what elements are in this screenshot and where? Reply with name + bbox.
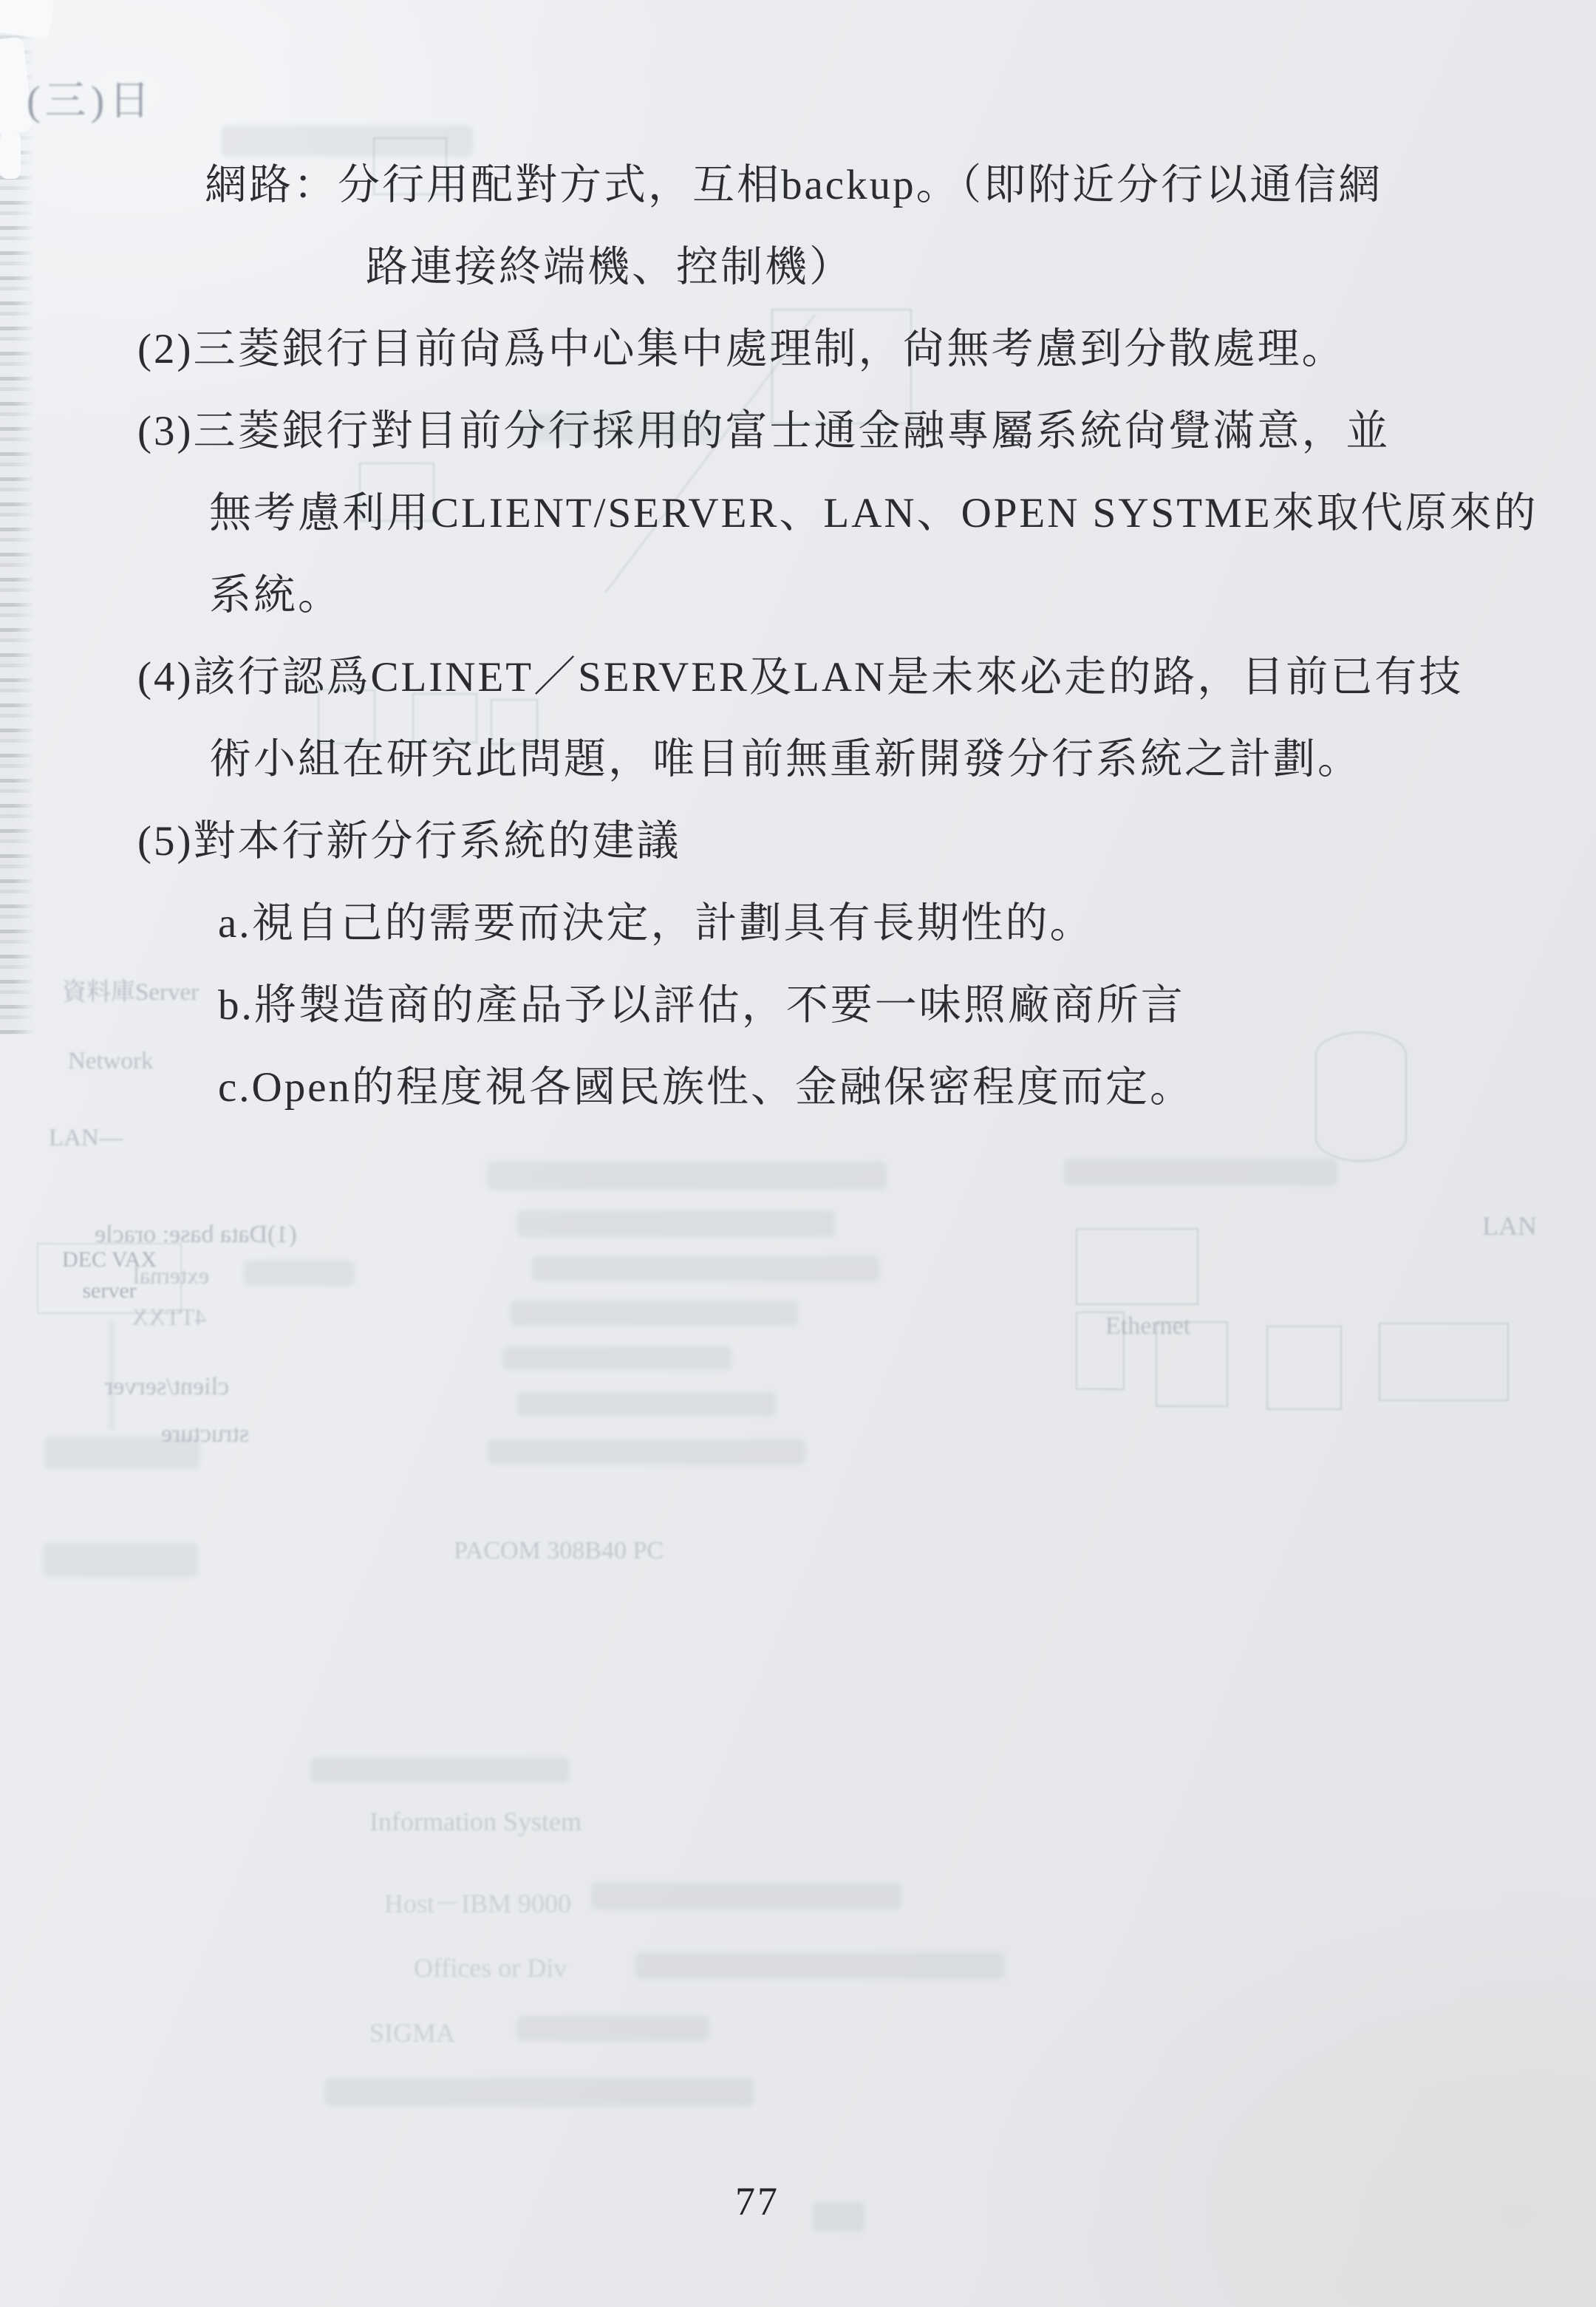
ghost-lan-label-left: LAN— [49, 1125, 123, 1152]
ghost-sigma-word: SIGMA [369, 2017, 455, 2048]
ghost-box [1076, 1228, 1198, 1305]
ghost-smear [488, 1439, 805, 1465]
ghost-ethernet-word: Ethernet [1105, 1312, 1190, 1340]
ghost-client-server-word: client/server [105, 1373, 229, 1401]
document-body: 網路：分行用配對方式，互相backup。（即附近分行以通信網 路連接終端機、控制… [0, 144, 1596, 1128]
ghost-data-base-oracle: (1)Data base: oracle [95, 1221, 297, 1249]
body-line: 網路：分行用配對方式，互相backup。（即附近分行以通信網 [0, 144, 1596, 226]
ghost-smear [502, 1346, 731, 1370]
ghost-smear [43, 1543, 198, 1577]
ghost-smear [1064, 1159, 1337, 1185]
body-line: 系統。 [0, 554, 1596, 636]
body-line: c.Open的程度視各國民族性、金融保密程度而定。 [0, 1046, 1596, 1128]
ghost-smear [488, 1162, 887, 1190]
ghost-smear [635, 1952, 1005, 1979]
ghost-lan-label-right: LAN [1482, 1210, 1537, 1241]
ghost-smear [244, 1261, 355, 1286]
ghost-smear [517, 1210, 835, 1237]
ghost-offices-line: Offices or Div [414, 1952, 567, 1983]
ghost-information-system-line: Information System [369, 1806, 582, 1837]
page-number: 77 [706, 2178, 809, 2224]
ghost-smear [325, 2078, 754, 2106]
ghost-smear [532, 1256, 879, 1281]
ghost-section-header: (三)日 [27, 68, 154, 127]
ghost-smear [517, 2016, 709, 2041]
body-line: (2)三菱銀行目前尙爲中心集中處理制，尙無考慮到分散處理。 [0, 308, 1596, 390]
body-line: 無考慮利用CLIENT/SERVER、LAN、OPEN SYSTME來取代原來的 [0, 472, 1596, 554]
body-line: 術小組在研究此問題，唯目前無重新開發分行系統之計劃。 [0, 718, 1596, 800]
ghost-smear [310, 1757, 569, 1782]
body-line: a.視自己的需要而決定，計劃具有長期性的。 [0, 882, 1596, 964]
body-line: (4)該行認爲CLINET／SERVER及LAN是未來必走的路，目前已有技 [0, 636, 1596, 718]
ghost-box [1266, 1326, 1342, 1410]
ghost-connector-line [109, 1320, 114, 1431]
ghost-smear [591, 1883, 901, 1909]
body-line: 路連接終端機、控制機） [0, 226, 1596, 308]
ghost-ttxx-word: 4TTXX [132, 1304, 206, 1331]
ghost-external-word: external [133, 1262, 209, 1289]
body-line: (5)對本行新分行系統的建議 [0, 800, 1596, 882]
ghost-smear [517, 1392, 776, 1416]
ghost-smear [510, 1301, 798, 1326]
ghost-host-ibm-line: Host－IBM 9000 [384, 1883, 571, 1921]
ghost-box [1379, 1323, 1509, 1401]
ghost-pacom-line: PACOM 308B40 PC [454, 1537, 664, 1565]
body-line: (3)三菱銀行對目前分行採用的富士通金融專屬系統尙覺滿意，並 [0, 390, 1596, 472]
scan-corner-mark [0, 0, 55, 39]
body-line: b.將製造商的產品予以評估，不要一味照廠商所言 [0, 964, 1596, 1046]
scanned-document-page: (三)日 資料庫Server Network LAN— DEC VAX serv… [0, 0, 1596, 2307]
ghost-smear [813, 2202, 864, 2232]
ghost-smear [44, 1437, 199, 1469]
